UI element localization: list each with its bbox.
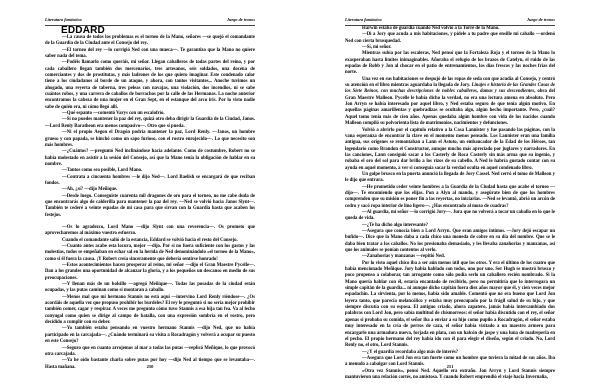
paragraph: Por lo visto aquel chico iba a ser aún m… <box>345 261 555 350</box>
paragraph: —Seguro que en cuanto arrojemos al mar a… <box>45 346 255 359</box>
paragraph: —La causa de todos los problemas es el t… <box>45 35 255 48</box>
paragraph: —Si no puedes mantener la paz del rey, q… <box>45 117 255 130</box>
paragraph: —Asegura que conocía bien a Lord Arryn. … <box>345 229 555 254</box>
paragraph: Una vez en sus habitaciones se despojó d… <box>345 77 555 128</box>
paragraph: —Desde luego. Conseguiste cuarenta mil d… <box>45 194 255 219</box>
paragraph: —Di a Jory que acuda a mis habitaciones,… <box>345 32 555 45</box>
page-body: Harwin estaba de guardia cuando Ned volv… <box>345 26 555 381</box>
paragraph: —Contrata a cincuenta hombres —le dijo N… <box>45 175 255 188</box>
left-page: Literatura fantástica Juego de tronos ED… <box>0 0 300 388</box>
paragraph: —Menos mal que mi hermano Stannis no est… <box>45 295 255 327</box>
header-book-title: Juego de tronos <box>227 17 255 22</box>
paragraph: —Cuanto antes acabe esta locura, mejor —… <box>45 244 255 263</box>
paragraph: —Os lo agradezco, Lord Mano —dijo Slynt … <box>45 225 255 238</box>
paragraph: —He prometido ceder veinte hombres a la … <box>345 185 555 210</box>
paragraph: —Yo también estaba pensando en vuestro h… <box>45 326 255 345</box>
paragraph: —Al guardia, mi señor —lo corrigió Jory—… <box>345 210 555 223</box>
page-body: —La causa de todos los problemas es el t… <box>45 35 255 371</box>
paragraph: —¿Cuántos? —preguntó Ned inclinándose ha… <box>45 149 255 168</box>
page-number: 250 <box>0 364 300 369</box>
paragraph: Volvió a abrirlo por el capítulo relativ… <box>345 128 555 172</box>
paragraph: —El torneo del rey —lo corrigió Ned con … <box>45 48 255 61</box>
page-number: 251 <box>300 364 600 369</box>
book-title-citation: Linajes e historia de las Grandes Casas … <box>345 83 555 94</box>
header-series: Literatura fantástica <box>345 17 382 22</box>
header-book-title: Juego de tronos <box>527 17 555 22</box>
header-series: Literatura fantástica <box>45 17 82 22</box>
paragraph: —Ni el propio Aegon el Dragón podría man… <box>45 130 255 149</box>
right-page: Literatura fantástica Juego de tronos Ha… <box>300 0 600 388</box>
paragraph: «Otra vez Stannis», pensó Ned. Aquello e… <box>345 369 555 382</box>
paragraph: Mientras subía por las escaleras, Ned pe… <box>345 51 555 76</box>
paragraph: —Estos acontecimientos hacen prosperar a… <box>45 263 255 282</box>
paragraph: —Podéis llamarlo como queráis, mi señor.… <box>45 60 255 111</box>
running-header: Literatura fantástica Juego de tronos <box>345 17 555 26</box>
paragraph: —Y llenan más de un bolsillo —agregó Meñ… <box>45 282 255 295</box>
paragraph: Un golpe brusco en la puerta anunció la … <box>345 172 555 185</box>
